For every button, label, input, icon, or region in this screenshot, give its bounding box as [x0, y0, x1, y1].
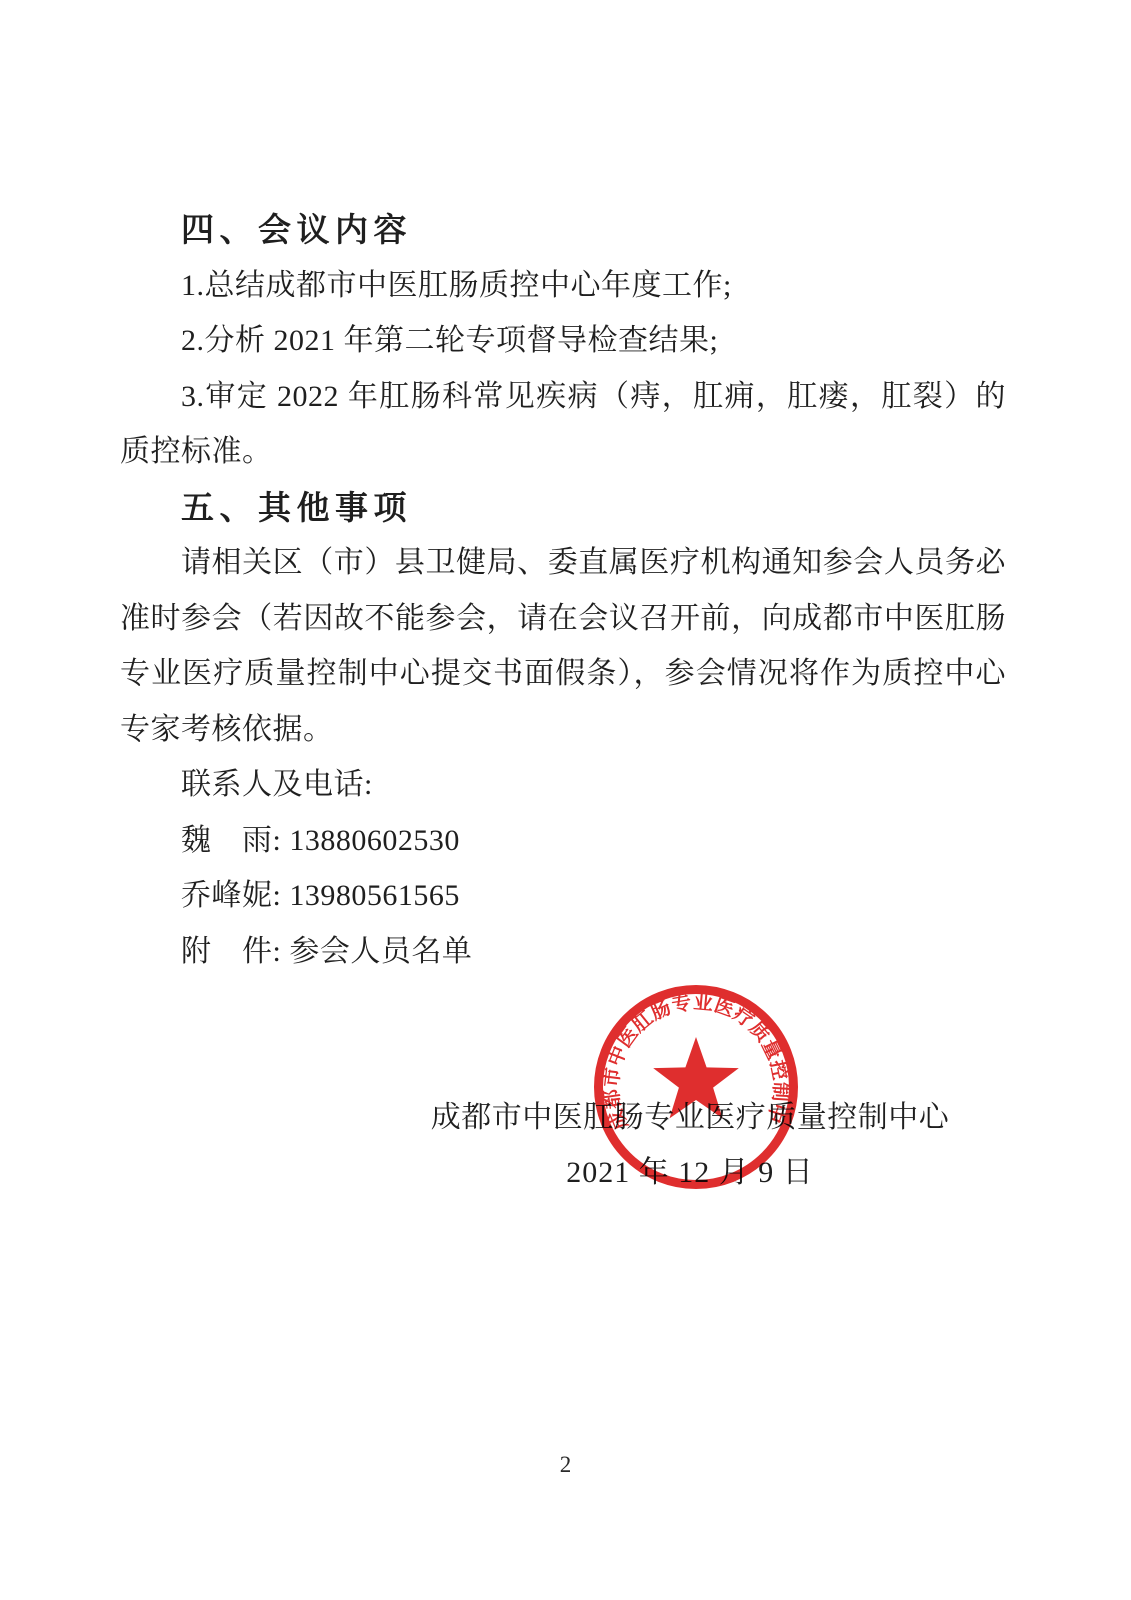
agenda-item-2: 2.分析 2021 年第二轮专项督导检查结果; — [120, 313, 1006, 369]
contact-line-1: 魏 雨: 13880602530 — [120, 813, 1006, 869]
page-number: 2 — [560, 1452, 572, 1477]
section-heading-4: 四、会议内容 — [120, 202, 1006, 258]
attachment-line: 附 件: 参会人员名单 — [120, 924, 1006, 980]
contact-label: 联系人及电话: — [120, 757, 1006, 813]
agenda-item-3: 3.审定 2022 年肛肠科常见疾病（痔，肛痈，肛瘘，肛裂）的质控标准。 — [120, 369, 1006, 480]
document-body: 四、会议内容 1.总结成都市中医肛肠质控中心年度工作; 2.分析 2021 年第… — [120, 202, 1006, 979]
document-page: { "content": { "heading_4": "四、会议内容", "i… — [0, 0, 1131, 1600]
agenda-item-1: 1.总结成都市中医肛肠质控中心年度工作; — [120, 258, 1006, 314]
official-seal: 成都市中医肛肠专业医疗质量控制中心 — [591, 982, 801, 1192]
section-heading-5: 五、其他事项 — [120, 480, 1006, 536]
contact-line-2: 乔峰妮: 13980561565 — [120, 868, 1006, 924]
star-icon — [653, 1037, 739, 1118]
page-footer: 2 — [0, 1452, 1131, 1478]
notice-paragraph: 请相关区（市）县卫健局、委直属医疗机构通知参会人员务必准时参会（若因故不能参会，… — [120, 535, 1006, 757]
